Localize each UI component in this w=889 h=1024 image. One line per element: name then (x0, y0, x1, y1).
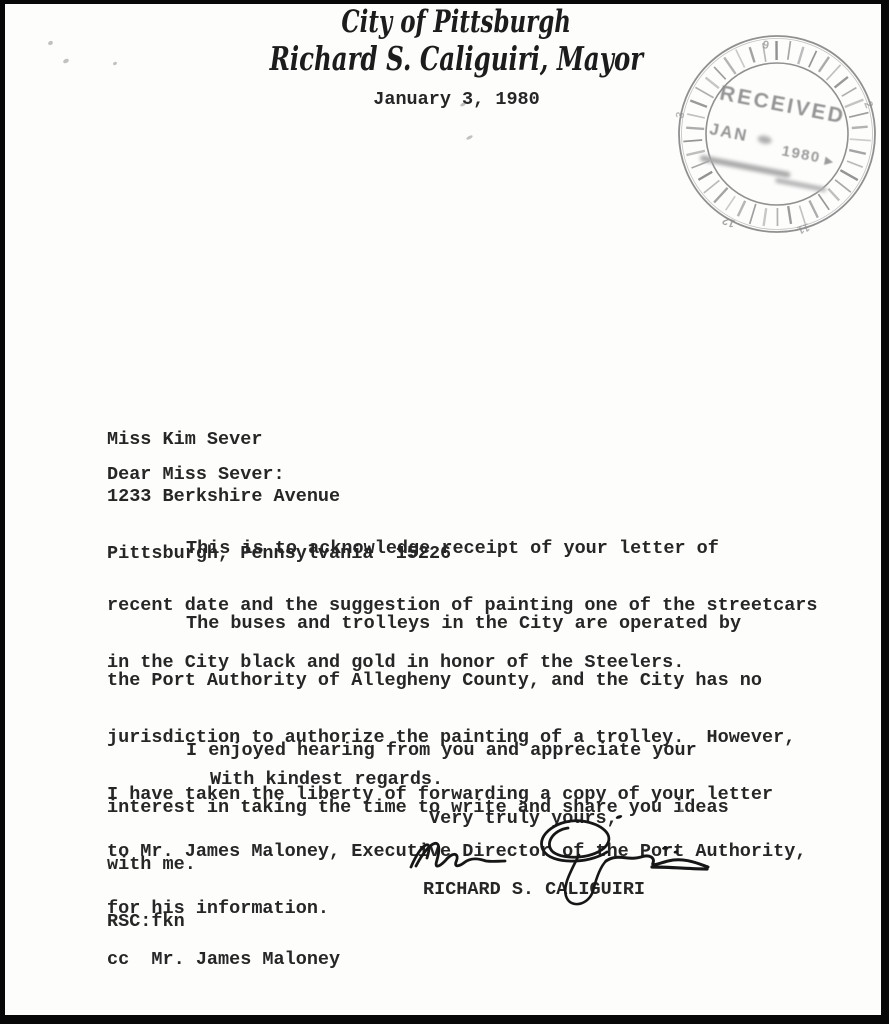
stamp-tick (847, 161, 863, 167)
stamp-tick (826, 65, 840, 80)
stamp-tick (849, 150, 866, 154)
stamp-ring-digit: 2 (861, 100, 875, 110)
letterhead-organization-text: City of Pittsburgh (342, 4, 572, 40)
cc-line: cc Mr. James Maloney (107, 950, 340, 969)
reference-initials: RSC:fkn (107, 912, 185, 931)
stamp-ring-digit: 11 (795, 220, 811, 236)
body-line: The buses and trolleys in the City are o… (107, 614, 806, 633)
stamp-tick (852, 127, 868, 128)
stamp-tick (683, 140, 702, 142)
stamp-tick (738, 201, 745, 216)
stamp-tick (809, 201, 817, 218)
stamp-tick (704, 180, 720, 193)
stamp-tick (706, 78, 719, 89)
stamp-tick (845, 100, 864, 107)
body-line: This is to acknowledge receipt of your l… (107, 539, 818, 558)
stamp-tick (686, 128, 704, 129)
stamp-tick (842, 88, 857, 97)
stamp-tick (835, 77, 848, 88)
stamp-tick (800, 206, 806, 224)
stamp-tick (840, 170, 857, 180)
stamp-received-label: RECEIVED (718, 82, 847, 129)
body-line: interest in taking the time to write and… (107, 798, 729, 817)
stamp-tick (736, 50, 745, 68)
stamp-tick (687, 114, 705, 118)
recipient-line: Miss Kim Sever (107, 430, 451, 449)
received-stamp: 9 2 3 12 11 RECEIVED JAN 1980 ▶ (666, 23, 888, 245)
stamp-tick (698, 172, 712, 180)
stamp-ring-digit: 3 (674, 111, 687, 120)
stamp-tick (726, 196, 736, 210)
stamp-tick (819, 57, 829, 72)
stamp-year-label: 1980 (780, 142, 822, 166)
stamp-tick (835, 180, 851, 192)
stamp-smudge-line (775, 178, 827, 193)
body-line: with me. (107, 855, 729, 874)
stamp-arrow-icon: ▶ (824, 155, 835, 168)
stamp-tick (828, 189, 839, 201)
stamp-tick (788, 41, 791, 60)
stamp-ring-digit: 9 (761, 39, 769, 52)
stamp-tick (809, 51, 817, 67)
valediction: Very truly yours, (429, 809, 618, 828)
salutation: Dear Miss Sever: (107, 465, 285, 484)
stamp-month-label: JAN (708, 120, 750, 145)
stamp-tick (849, 113, 868, 118)
stamp-tick (690, 101, 707, 107)
typed-signature-name: RICHARD S. CALIGUIRI (423, 880, 645, 899)
scan-speck (466, 135, 474, 141)
stamp-tick (818, 194, 829, 210)
stamp-tick (750, 47, 755, 62)
stamp-day-smudge (757, 134, 772, 145)
stamp-tick (764, 208, 767, 226)
stamp-tick (714, 67, 726, 79)
closing-line: With kindest regards. (210, 770, 443, 789)
stamp-tick (750, 204, 756, 224)
scanned-letter-page: 9 2 3 12 11 RECEIVED JAN 1980 ▶ City of … (0, 0, 889, 1024)
stamp-tick (686, 151, 705, 155)
body-line: I enjoyed hearing from you and appreciat… (107, 741, 729, 760)
stamp-tick (788, 206, 791, 224)
stamp-tick (850, 139, 871, 141)
stamp-tick (714, 188, 728, 203)
body-line: the Port Authority of Allegheny County, … (107, 671, 806, 690)
stamp-tick (695, 87, 713, 97)
stamp-tick (798, 47, 803, 64)
letterhead-official-text: Richard S. Caliguiri, Mayor (270, 40, 643, 78)
stamp-tick (724, 57, 735, 74)
